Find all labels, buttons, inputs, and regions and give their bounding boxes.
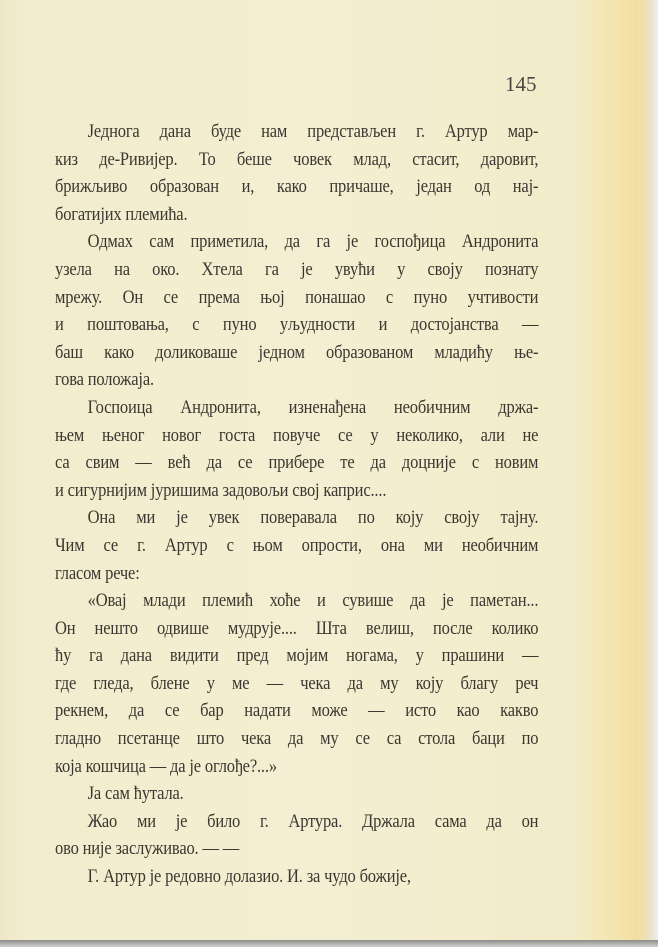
text-line: Одмах сам приметила, да га је госпођица …	[55, 228, 538, 256]
text-line: «Овај млади племић хоће и сувише да је п…	[55, 587, 538, 615]
text-line: са свим — већ да се прибере те да доцниј…	[55, 449, 538, 477]
text-line: гова положаја.	[55, 366, 538, 394]
text-line: рекнем, да се бар надати може — исто као…	[55, 697, 538, 725]
text-line: ћу га дана видити пред мојим ногама, у п…	[55, 642, 538, 670]
paragraph: Г. Артур је редовно долазио. И. за чудо …	[55, 863, 538, 891]
paragraph: «Овај млади племић хоће и сувише да је п…	[55, 587, 538, 780]
text-line: Г. Артур је редовно долазио. И. за чудо …	[55, 863, 538, 891]
scan-edge-right	[650, 0, 658, 947]
text-line: гладно псетанце што чека да му се са сто…	[55, 725, 538, 753]
page-body-text: Једнога дана буде нам представљен г. Арт…	[55, 118, 538, 891]
text-line: Једнога дана буде нам представљен г. Арт…	[55, 118, 538, 146]
paragraph: Жао ми је било г. Артура. Држала сама да…	[55, 808, 538, 863]
paragraph: Она ми је увек поверавала по коју своју …	[55, 504, 538, 587]
paragraph: Ја сам ћутала.	[55, 780, 538, 808]
text-line: која кошчица — да је оглође?...»	[55, 753, 538, 781]
paragraph: Госпоица Андронита, изненађена необичним…	[55, 394, 538, 504]
paragraph: Једнога дана буде нам представљен г. Арт…	[55, 118, 538, 228]
text-line: брижљиво образован и, како причаше, једа…	[55, 173, 538, 201]
text-line: њем њеног новог госта повуче се у неколи…	[55, 422, 538, 450]
text-line: Госпоица Андронита, изненађена необичним…	[55, 394, 538, 422]
text-line: Она ми је увек поверавала по коју своју …	[55, 504, 538, 532]
text-line: Чим се г. Артур с њом опрости, она ми не…	[55, 532, 538, 560]
text-line: киз де-Ривијер. То беше човек млад, стас…	[55, 146, 538, 174]
text-line: узела на око. Хтела га је увући у своју …	[55, 256, 538, 284]
text-line: Он нешто одвише мудрује.... Шта велиш, п…	[55, 615, 538, 643]
book-page: 145 Једнога дана буде нам представљен г.…	[0, 0, 650, 940]
text-line: и сигурнијим јуришима задовољи свој капр…	[55, 477, 538, 505]
scan-edge-bottom	[0, 940, 658, 947]
text-line: где гледа, блене у ме — чека да му коју …	[55, 670, 538, 698]
text-line: Ја сам ћутала.	[55, 780, 538, 808]
text-line: и поштовања, с пуно уљудности и достојан…	[55, 311, 538, 339]
text-line: гласом рече:	[55, 560, 538, 588]
text-line: богатијих племића.	[55, 201, 538, 229]
text-line: мрежу. Он се према њој понашао с пуно уч…	[55, 284, 538, 312]
text-line: ово није заслуживао. — —	[55, 835, 538, 863]
text-line: Жао ми је било г. Артура. Држала сама да…	[55, 808, 538, 836]
text-line: баш како доликоваше једном образованом м…	[55, 339, 538, 367]
page-number: 145	[505, 72, 537, 97]
paragraph: Одмах сам приметила, да га је госпођица …	[55, 228, 538, 394]
